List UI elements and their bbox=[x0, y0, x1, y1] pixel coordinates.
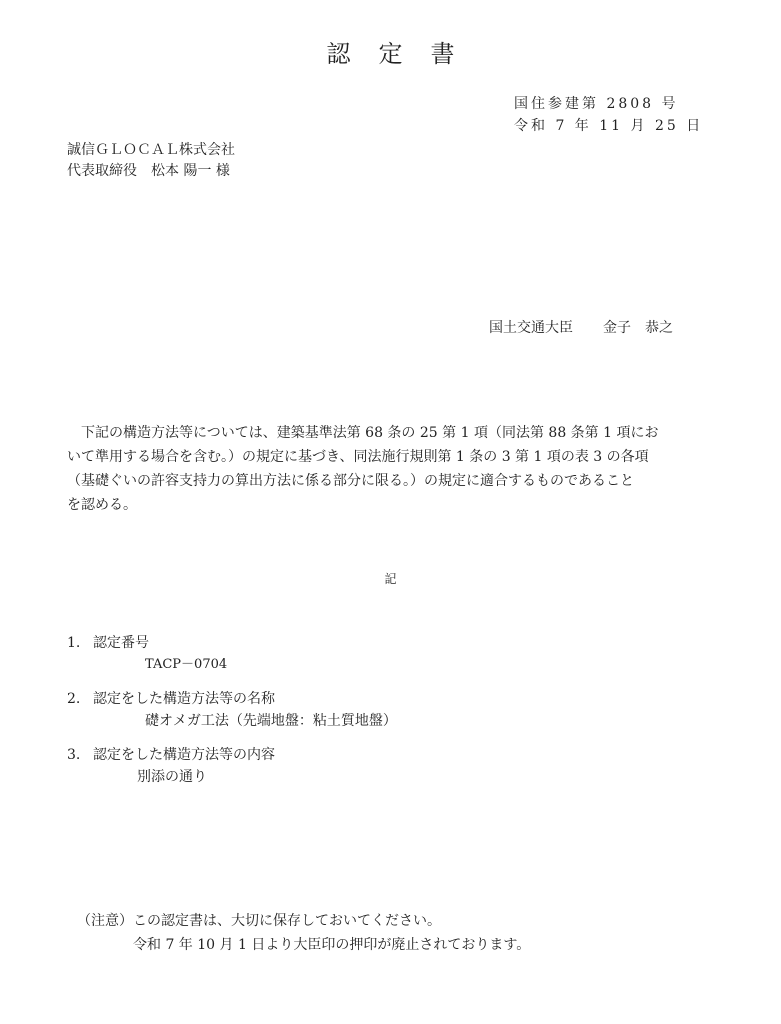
item-number: 1. bbox=[67, 632, 93, 654]
document-reference: 国住参建第 2808 号 令和 7 年 11 月 25 日 bbox=[514, 93, 703, 137]
note-line-1: この認定書は、大切に保存しておいてください。 bbox=[133, 913, 441, 929]
item-heading: 認定をした構造方法等の名称 bbox=[93, 691, 275, 707]
document-title-char: 認 bbox=[327, 40, 379, 68]
item-heading: 認定番号 bbox=[93, 635, 149, 651]
item-number: 2. bbox=[67, 688, 93, 710]
note-line-2: 令和 7 年 10 月 1 日より大臣印の押印が廃止されております。 bbox=[77, 933, 530, 957]
item-number: 3. bbox=[67, 744, 93, 766]
document-number: 国住参建第 2808 号 bbox=[514, 93, 703, 115]
list-item-method-name: 2.認定をした構造方法等の名称 礎オメガ工法（先端地盤：粘土質地盤） bbox=[67, 688, 397, 732]
addressee-company: 誠信ＧＬＯＣＡＬ株式会社 bbox=[67, 140, 235, 161]
item-list: 1.認定番号 TACP－0704 2.認定をした構造方法等の名称 礎オメガ工法（… bbox=[67, 632, 397, 800]
issue-date: 令和 7 年 11 月 25 日 bbox=[514, 115, 703, 137]
issuer: 国土交通大臣金子 恭之 bbox=[489, 317, 673, 337]
document-title-char: 書 bbox=[431, 40, 483, 68]
issuer-title: 国土交通大臣 bbox=[489, 320, 573, 336]
ki-heading: 記 bbox=[0, 570, 781, 587]
body-line: （基礎ぐいの許容支持力の算出方法に係る部分に限る。）の規定に適合するものであるこ… bbox=[67, 469, 719, 493]
item-heading: 認定をした構造方法等の内容 bbox=[93, 747, 275, 763]
item-value: 別添の通り bbox=[67, 766, 397, 788]
certification-body: 下記の構造方法等については、建築基準法第 68 条の 25 第 1 項（同法第 … bbox=[67, 421, 719, 517]
issuer-name: 金子 恭之 bbox=[603, 320, 673, 336]
item-value: TACP－0704 bbox=[67, 654, 397, 676]
note-label: （注意） bbox=[77, 913, 133, 929]
list-item-method-content: 3.認定をした構造方法等の内容 別添の通り bbox=[67, 744, 397, 788]
body-line: 下記の構造方法等については、建築基準法第 68 条の 25 第 1 項（同法第 … bbox=[67, 421, 719, 445]
body-line: いて準用する場合を含む。）の規定に基づき、同法施行規則第 1 条の 3 第 1 … bbox=[67, 445, 719, 469]
item-value: 礎オメガ工法（先端地盤：粘土質地盤） bbox=[67, 710, 397, 732]
document-title: 認定書 bbox=[0, 34, 781, 69]
body-line: を認める。 bbox=[67, 493, 719, 517]
document-title-char: 定 bbox=[379, 40, 431, 68]
addressee-representative: 代表取締役 松本 陽一 様 bbox=[67, 161, 235, 182]
addressee: 誠信ＧＬＯＣＡＬ株式会社 代表取締役 松本 陽一 様 bbox=[67, 140, 235, 182]
list-item-certification-number: 1.認定番号 TACP－0704 bbox=[67, 632, 397, 676]
caution-note: （注意）この認定書は、大切に保存しておいてください。 令和 7 年 10 月 1… bbox=[77, 909, 530, 957]
